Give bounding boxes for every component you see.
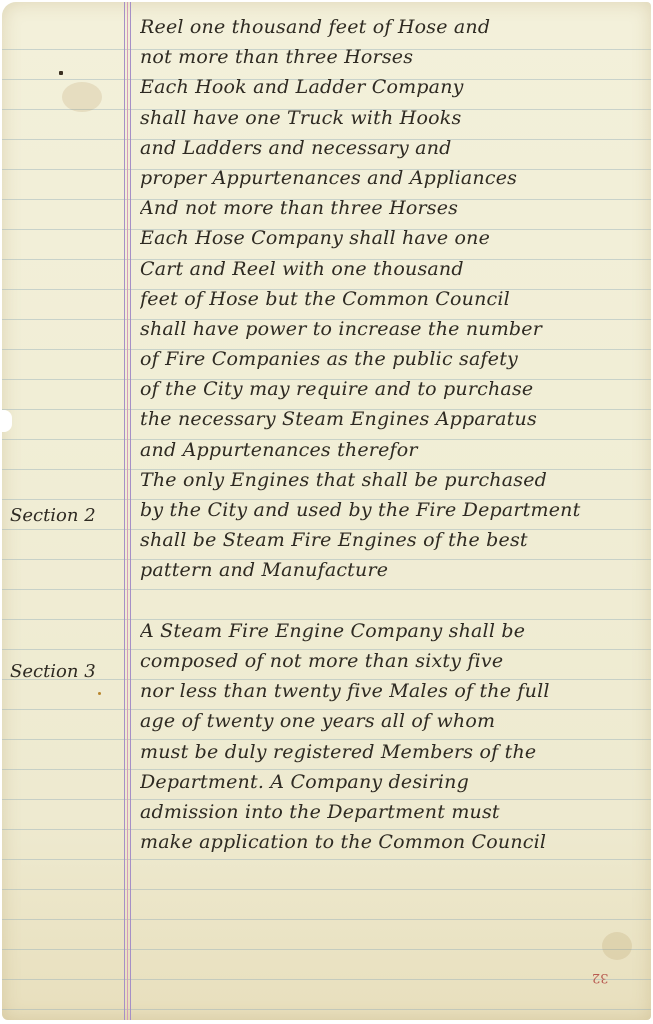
section-3-line: Department. A Company desiring (140, 767, 645, 797)
text-line: Each Hose Company shall have one (140, 223, 645, 253)
main-text-column: Reel one thousand feet of Hose and not m… (140, 12, 645, 857)
text-line: feet of Hose but the Common Council (140, 284, 645, 314)
page-tear (0, 410, 12, 432)
folio-number: 32 (592, 970, 609, 985)
section-2-line: pattern and Manufacture (140, 555, 645, 585)
section-3-line: admission into the Department must (140, 797, 645, 827)
text-line: not more than three Horses (140, 42, 645, 72)
text-line: of Fire Companies as the public safety (140, 344, 645, 374)
section-2-label: Section 2 (10, 505, 96, 526)
text-line: And not more than three Horses (140, 193, 645, 223)
paper-stain (602, 932, 632, 960)
margin-line-red (127, 2, 128, 1020)
section-3-line: A Steam Fire Engine Company shall be (140, 616, 645, 646)
text-line: proper Appurtenances and Appliances (140, 163, 645, 193)
margin-line-blue (124, 2, 125, 1020)
text-line: and Ladders and necessary and (140, 133, 645, 163)
section-2-line: shall be Steam Fire Engines of the best (140, 525, 645, 555)
text-line: Reel one thousand feet of Hose and (140, 12, 645, 42)
text-line: and Appurtenances therefor (140, 435, 645, 465)
text-line: the necessary Steam Engines Apparatus (140, 404, 645, 434)
text-line: of the City may require and to purchase (140, 374, 645, 404)
text-line: shall have power to increase the number (140, 314, 645, 344)
section-3-line: nor less than twenty five Males of the f… (140, 676, 645, 706)
section-3-line: must be duly registered Members of the (140, 737, 645, 767)
margin-line-blue-inner (130, 2, 131, 1020)
text-line: Each Hook and Ladder Company (140, 72, 645, 102)
section-2-line: by the City and used by the Fire Departm… (140, 495, 645, 525)
section-2-line: The only Engines that shall be purchased (140, 465, 645, 495)
text-line: Cart and Reel with one thousand (140, 254, 645, 284)
manuscript-page: Reel one thousand feet of Hose and not m… (2, 2, 651, 1020)
section-3-label: Section 3 (10, 661, 96, 682)
section-3-line: make application to the Common Council (140, 827, 645, 857)
section-3-line: age of twenty one years all of whom (140, 706, 645, 736)
section-3-line: composed of not more than sixty five (140, 646, 645, 676)
ink-dot (98, 692, 101, 695)
blank-line (140, 586, 645, 616)
text-line: shall have one Truck with Hooks (140, 103, 645, 133)
ink-dot (59, 71, 63, 75)
paper-stain (62, 82, 102, 112)
